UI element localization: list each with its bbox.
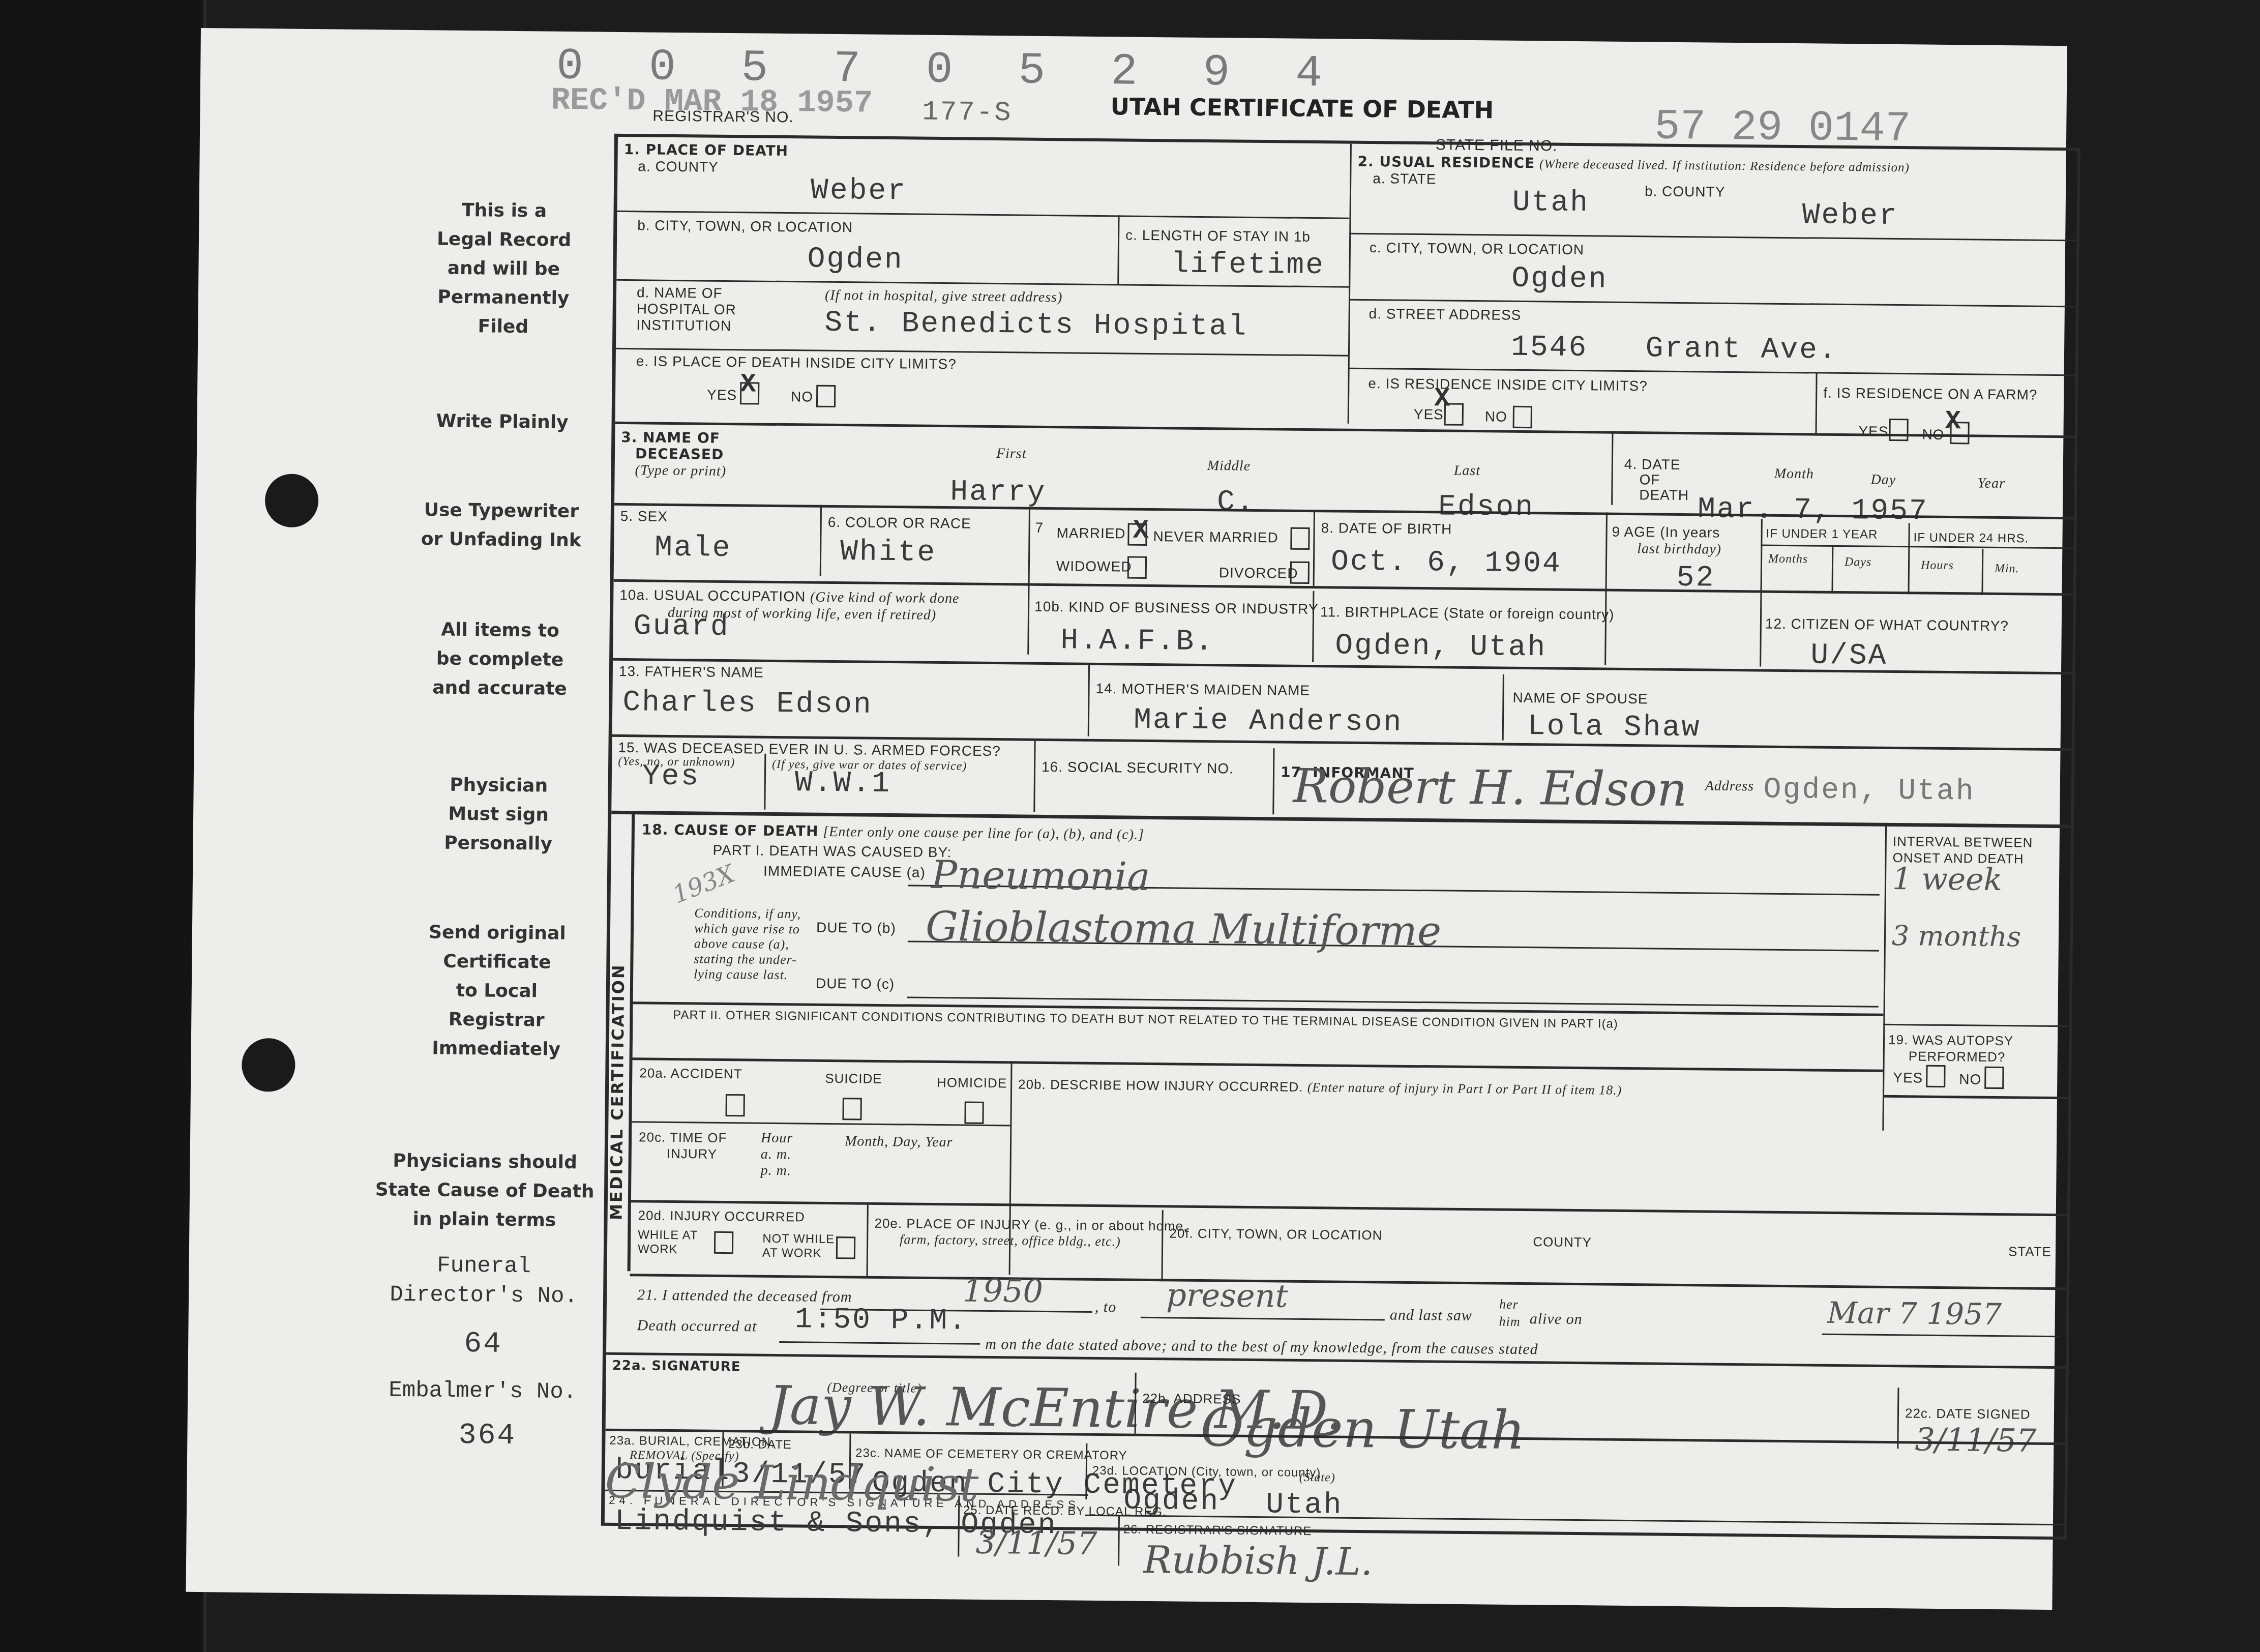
section-hint: (Where deceased lived. If institution: R… bbox=[1539, 157, 1910, 174]
divider bbox=[1027, 507, 1030, 655]
label-line: 3. NAME OF bbox=[621, 429, 720, 447]
margin-note-legal-record: This is a Legal Record and will be Perma… bbox=[411, 195, 596, 342]
document-title: UTAH CERTIFICATE OF DEATH bbox=[1110, 93, 1494, 124]
label-line: 22a. SIGNATURE bbox=[612, 1358, 741, 1374]
label-line: PERFORMED? bbox=[1909, 1048, 2014, 1065]
while-at-work-checkbox[interactable] bbox=[714, 1231, 733, 1254]
certificate-paper: 0 0 5 7 0 5 2 9 4 REC'D MAR 18 1957 REGI… bbox=[186, 28, 2067, 1610]
note-line: Certificate bbox=[405, 947, 589, 977]
not-while-at-work-label: NOT WHILE AT WORK bbox=[762, 1232, 835, 1261]
note-line: and will be bbox=[412, 253, 596, 284]
pod-no-label: NO bbox=[791, 389, 813, 405]
injury-occurred-label: 20d. INJURY OCCURRED bbox=[638, 1207, 805, 1225]
note-line: Filed bbox=[411, 311, 595, 342]
label-line: 20c. TIME OF bbox=[639, 1129, 727, 1146]
place-of-injury-label: 20e. PLACE OF INJURY (e. g., in or about… bbox=[874, 1215, 1187, 1251]
note-line: Immediately bbox=[404, 1034, 588, 1064]
funeral-director-no-label: Funeral Director's No. bbox=[362, 1250, 606, 1312]
label-hint: (Enter nature of injury in Part I or Par… bbox=[1307, 1080, 1622, 1098]
label-line: a. m. bbox=[761, 1146, 793, 1163]
alive-on-label: alive on bbox=[1530, 1310, 1583, 1328]
punch-hole bbox=[265, 474, 319, 527]
age-label: 9 AGE (In years last birthday) bbox=[1612, 524, 1721, 558]
accident-label: 20a. ACCIDENT bbox=[639, 1065, 742, 1082]
residence-section: 2. USUAL RESIDENCE (Where deceased lived… bbox=[1357, 153, 1910, 175]
binder-edge bbox=[0, 0, 206, 1652]
divider bbox=[1883, 1095, 2068, 1100]
informant-signature: Robert H. Edson bbox=[1293, 759, 1687, 817]
month-day-year-label: Month, Day, Year bbox=[845, 1133, 953, 1150]
months-label: Months bbox=[1768, 552, 1808, 567]
note-line: Must sign bbox=[407, 799, 590, 830]
divider bbox=[1883, 1024, 2069, 1027]
due-to-c-label: DUE TO (c) bbox=[816, 976, 895, 992]
res-city-value: Ogden bbox=[1511, 262, 1608, 297]
note-line: Write Plainly bbox=[410, 406, 594, 437]
divider bbox=[1882, 825, 1887, 1131]
not-while-at-work-checkbox[interactable] bbox=[836, 1236, 855, 1259]
label-line: HOSPITAL OR bbox=[637, 301, 736, 318]
res-state-label: a. STATE bbox=[1373, 170, 1437, 187]
label-line: 18. CAUSE OF DEATH bbox=[642, 821, 819, 839]
label-line: him bbox=[1499, 1313, 1521, 1331]
note-line: or Unfading Ink bbox=[399, 524, 603, 555]
birthplace-label: 11. BIRTHPLACE (State or foreign country… bbox=[1320, 604, 1615, 623]
label-line: OF bbox=[1639, 472, 1689, 488]
armed-forces-value: Yes bbox=[642, 760, 700, 793]
spouse-value: Lola Shaw bbox=[1528, 710, 1701, 745]
divider bbox=[1348, 144, 1352, 424]
divider bbox=[1816, 372, 1818, 433]
date-recd-label: 25. DATE RECD. BY LOCAL REG. bbox=[963, 1503, 1167, 1520]
mother-label: 14. MOTHER'S MAIDEN NAME bbox=[1095, 681, 1310, 699]
divider bbox=[1033, 741, 1035, 812]
label-line: 4. DATE bbox=[1624, 457, 1689, 473]
section-label: 1. PLACE OF DEATH bbox=[624, 141, 789, 159]
injury-city-label: 20f. CITY, TOWN, OR LOCATION bbox=[1169, 1225, 1382, 1243]
res-city-label: c. CITY, TOWN, OR LOCATION bbox=[1370, 240, 1584, 258]
informant-address-label: Address bbox=[1705, 778, 1754, 794]
res-street-value: 1546 Grant Ave. bbox=[1511, 331, 1838, 367]
divider bbox=[867, 1205, 869, 1276]
note-line: State Cause of Death bbox=[363, 1175, 607, 1206]
attended-label: 21. I attended the deceased from bbox=[637, 1286, 852, 1306]
race-value: White bbox=[840, 536, 937, 570]
margin-note-send-original: Send original Certificate to Local Regis… bbox=[404, 918, 589, 1064]
label-line: WORK bbox=[638, 1242, 698, 1257]
date-of-death-value: Mar. 7, 1957 bbox=[1698, 493, 1928, 528]
res-farm-label: f. IS RESIDENCE ON A FARM? bbox=[1823, 385, 2038, 403]
note-line: and accurate bbox=[408, 673, 591, 703]
label-line: 20b. DESCRIBE HOW INJURY OCCURRED. bbox=[1018, 1077, 1303, 1095]
autopsy-no-checkbox[interactable] bbox=[1984, 1067, 2004, 1089]
label-line: DECEASED bbox=[635, 445, 724, 463]
divider bbox=[1312, 591, 1314, 662]
widowed-checkbox[interactable] bbox=[1127, 556, 1147, 579]
pod-hospital-value: St. Benedicts Hospital bbox=[824, 307, 1247, 344]
margin-note-physician-sign: Physician Must sign Personally bbox=[406, 770, 590, 859]
never-married-checkbox[interactable] bbox=[1290, 527, 1310, 550]
pod-hospital-hint: (If not in hospital, give street address… bbox=[825, 287, 1063, 306]
min-label: Min. bbox=[1995, 562, 2019, 576]
label-line: 10a. USUAL OCCUPATION bbox=[619, 587, 806, 605]
injury-county-label: COUNTY bbox=[1533, 1234, 1592, 1250]
hint-line: which gave rise to bbox=[694, 921, 801, 937]
pod-county-label: a. COUNTY bbox=[638, 158, 719, 175]
hint-line: Conditions, if any, bbox=[694, 905, 801, 922]
name-label: 3. NAME OF DECEASED (Type or print) bbox=[621, 429, 727, 480]
hour-label: Hour a. m. p. m. bbox=[760, 1130, 793, 1179]
immediate-cause-value: Pneumonia bbox=[931, 852, 1150, 899]
time-of-injury-label: 20c. TIME OF INJURY bbox=[639, 1129, 727, 1162]
title-main: CERTIFICATE OF DEATH bbox=[1190, 94, 1494, 124]
label-line: INTERVAL BETWEEN bbox=[1893, 833, 2033, 851]
label-hint: [Enter only one cause per line for (a), … bbox=[823, 824, 1144, 843]
marital-never-label: NEVER MARRIED bbox=[1153, 528, 1278, 546]
divider bbox=[631, 1121, 1010, 1126]
registrar-signature: Rubbish J.L. bbox=[1143, 1538, 1373, 1584]
autopsy-label: 19. WAS AUTOPSY PERFORMED? bbox=[1888, 1031, 2014, 1065]
middle-name-label: Middle bbox=[1207, 458, 1251, 475]
mother-value: Marie Anderson bbox=[1134, 704, 1403, 740]
suicide-label: SUICIDE bbox=[825, 1071, 882, 1087]
registrar-no-value: 177-S bbox=[922, 97, 1013, 129]
label-line: 19. WAS AUTOPSY bbox=[1888, 1031, 2013, 1049]
citizen-value: U/SA bbox=[1810, 639, 1888, 672]
under-1-year-label: IF UNDER 1 YEAR bbox=[1766, 527, 1878, 542]
dob-label: 8. DATE OF BIRTH bbox=[1321, 520, 1452, 537]
res-inside-city-no-checkbox[interactable] bbox=[1513, 406, 1532, 428]
first-name-label: First bbox=[996, 446, 1027, 462]
divider bbox=[632, 1057, 1883, 1072]
informant-address-value: Ogden, Utah bbox=[1763, 774, 1975, 809]
note-line: Permanently bbox=[412, 282, 596, 313]
note-line: Registrar bbox=[405, 1005, 588, 1035]
autopsy-yes-label: YES bbox=[1893, 1070, 1923, 1086]
divider bbox=[1313, 510, 1315, 586]
res-inside-city-label: e. IS RESIDENCE INSIDE CITY LIMITS? bbox=[1368, 375, 1648, 394]
cause-of-death-label: 18. CAUSE OF DEATH [Enter only one cause… bbox=[642, 821, 1144, 843]
ssn-label: 16. SOCIAL SECURITY NO. bbox=[1042, 759, 1234, 777]
farm-yes-label: YES bbox=[1858, 423, 1888, 440]
label-line: 11. BIRTHPLACE (State or foreign country… bbox=[1320, 604, 1615, 623]
note-line: Legal Record bbox=[412, 224, 596, 255]
date-of-death-label: 4. DATE OF DEATH bbox=[1624, 457, 1689, 503]
describe-injury-label: 20b. DESCRIBE HOW INJURY OCCURRED. (Ente… bbox=[1018, 1077, 1622, 1098]
note-line: This is a bbox=[412, 195, 596, 226]
attended-from-value: 1950 bbox=[963, 1272, 1043, 1310]
title-prefix: UTAH bbox=[1110, 93, 1181, 121]
divider bbox=[1832, 546, 1834, 592]
father-label: 13. FATHER'S NAME bbox=[619, 663, 764, 681]
margin-note-write-plainly: Write Plainly bbox=[410, 406, 594, 437]
injury-state-label: STATE bbox=[2008, 1244, 2051, 1260]
last-seen-line bbox=[1822, 1334, 2061, 1338]
occupation-value: Guard bbox=[633, 610, 730, 644]
funeral-director-signature: Clyde Lindquist bbox=[605, 1454, 979, 1512]
pod-inside-city-label: e. IS PLACE OF DEATH INSIDE CITY LIMITS? bbox=[636, 353, 957, 372]
location-state-label: (State) bbox=[1299, 1471, 1335, 1485]
due-to-b-label: DUE TO (b) bbox=[816, 920, 896, 937]
race-label: 6. COLOR OR RACE bbox=[828, 514, 971, 532]
pod-hospital-label: d. NAME OF HOSPITAL OR INSTITUTION bbox=[636, 284, 736, 334]
label-line: d. NAME OF bbox=[637, 284, 736, 302]
note-line: Use Typewriter bbox=[400, 495, 604, 526]
label-line: p. m. bbox=[760, 1163, 792, 1179]
physician-address-value: Ogden Utah bbox=[1200, 1396, 1526, 1461]
margin-note-complete: All items to be complete and accurate bbox=[408, 615, 592, 703]
label-line: her bbox=[1499, 1296, 1521, 1313]
her-him-label: her him bbox=[1499, 1296, 1521, 1331]
middle-name-value: C. bbox=[1217, 486, 1256, 519]
to-label: , to bbox=[1095, 1299, 1117, 1316]
label-line: (Type or print) bbox=[635, 462, 727, 479]
while-at-work-label: WHILE AT WORK bbox=[638, 1228, 698, 1257]
certificate-form: 1. PLACE OF DEATH a. COUNTY Weber b. CIT… bbox=[601, 134, 2080, 1540]
sex-label: 5. SEX bbox=[620, 508, 668, 525]
funeral-director-no-value: 64 bbox=[432, 1327, 534, 1361]
accident-checkbox[interactable] bbox=[726, 1094, 745, 1116]
pod-stay-value: lifetime bbox=[1171, 248, 1325, 282]
note-line: Send original bbox=[406, 918, 589, 948]
marital-widowed-label: WIDOWED bbox=[1056, 558, 1132, 575]
divider bbox=[764, 754, 766, 810]
year-label: Year bbox=[1977, 476, 2005, 492]
label-line: INSTITUTION bbox=[636, 317, 736, 334]
divider bbox=[1897, 1388, 1899, 1449]
label-line: 9 AGE (In years bbox=[1612, 524, 1720, 541]
note-line: All items to bbox=[408, 615, 592, 645]
res-county-label: b. COUNTY bbox=[1645, 183, 1726, 200]
hint-line: above cause (a), bbox=[694, 936, 801, 952]
margin-annotation: 193X bbox=[669, 860, 739, 909]
dob-value: Oct. 6, 1904 bbox=[1331, 545, 1562, 580]
divider bbox=[615, 422, 2075, 438]
note-line: to Local bbox=[405, 976, 589, 1006]
note-line: be complete bbox=[408, 644, 592, 674]
signature-label: 22a. SIGNATURE bbox=[612, 1358, 741, 1374]
interval-b-value: 3 months bbox=[1892, 920, 2021, 953]
pod-yes-label: YES bbox=[707, 387, 737, 404]
label-hint: farm, factory, street, office bldg., etc… bbox=[900, 1231, 1187, 1250]
res-county-value: Weber bbox=[1802, 199, 1898, 233]
place-of-death-section: 1. PLACE OF DEATH bbox=[624, 141, 789, 159]
marital-label: 7 bbox=[1035, 520, 1044, 536]
citizen-label: 12. CITIZEN OF WHAT COUNTRY? bbox=[1765, 616, 2009, 635]
divider bbox=[820, 505, 822, 576]
hint-line: lying cause last. bbox=[694, 966, 800, 983]
father-value: Charles Edson bbox=[622, 686, 873, 722]
industry-label: 10b. KIND OF BUSINESS OR INDUSTRY bbox=[1034, 599, 1319, 617]
autopsy-yes-checkbox[interactable] bbox=[1926, 1065, 1945, 1087]
days-label: Days bbox=[1845, 555, 1872, 570]
punch-hole bbox=[242, 1038, 295, 1092]
industry-value: H.A.F.B. bbox=[1060, 624, 1214, 659]
x-mark-icon: X bbox=[1434, 383, 1450, 414]
res-no-label: NO bbox=[1485, 408, 1507, 425]
divider bbox=[631, 1200, 2067, 1216]
margin-note-plain-terms: Physicians should State Cause of Death i… bbox=[362, 1146, 607, 1235]
fd-label-line: Director's No. bbox=[362, 1280, 606, 1312]
date-signed-label: 22c. DATE SIGNED bbox=[1905, 1405, 2031, 1422]
death-occurred-label: Death occurred at bbox=[637, 1317, 757, 1335]
divider bbox=[1502, 674, 1504, 741]
pod-inside-city-no-checkbox[interactable] bbox=[816, 385, 836, 407]
month-label: Month bbox=[1774, 466, 1814, 483]
under-24-hrs-label: IF UNDER 24 HRS. bbox=[1913, 530, 2029, 546]
suicide-checkbox[interactable] bbox=[842, 1098, 861, 1120]
sex-value: Male bbox=[655, 532, 732, 565]
medical-certification-side-label: MEDICAL CERTIFICATION bbox=[607, 963, 629, 1220]
burial-date-label: 23b. DATE bbox=[728, 1437, 792, 1452]
marital-divorced-label: DIVORCED bbox=[1219, 565, 1298, 581]
label-line: Hour bbox=[761, 1130, 793, 1147]
interval-a-value: 1 week bbox=[1892, 861, 2003, 898]
divider bbox=[1348, 368, 2075, 376]
x-mark-icon: X bbox=[1945, 406, 1961, 436]
embalmer-no-label: Embalmer's No. bbox=[361, 1377, 605, 1405]
birthplace-value: Ogden, Utah bbox=[1335, 629, 1547, 664]
margin-note-typewriter: Use Typewriter or Unfading Ink bbox=[399, 495, 603, 555]
location-label: 23d. LOCATION (City, town, or county) bbox=[1092, 1464, 1321, 1480]
embalmer-no-value: 364 bbox=[431, 1419, 544, 1453]
section-label: 2. USUAL RESIDENCE bbox=[1357, 153, 1535, 171]
day-label: Day bbox=[1870, 472, 1896, 488]
registrar-no-label: REGISTRAR'S NO. bbox=[652, 108, 794, 127]
fd-label-line: Funeral bbox=[362, 1250, 606, 1282]
divider bbox=[1272, 748, 1274, 814]
last-name-value: Edson bbox=[1438, 490, 1535, 524]
divider bbox=[1611, 431, 1613, 505]
res-farm-yes-checkbox[interactable] bbox=[1889, 419, 1908, 441]
res-street-label: d. STREET ADDRESS bbox=[1369, 306, 1522, 323]
note-line: Personally bbox=[406, 828, 590, 859]
autopsy-no-label: NO bbox=[1959, 1071, 1981, 1087]
pod-city-value: Ogden bbox=[807, 243, 904, 277]
last-saw-label: and last saw bbox=[1390, 1307, 1472, 1325]
divider bbox=[1088, 665, 1090, 736]
conditions-hint: Conditions, if any, which gave rise to a… bbox=[694, 905, 801, 983]
date-signed-value: 3/11/57 bbox=[1915, 1421, 2037, 1459]
label-line: INJURY bbox=[667, 1145, 727, 1162]
res-state-value: Utah bbox=[1512, 186, 1590, 220]
x-mark-icon: X bbox=[1133, 516, 1149, 546]
label-line: NOT WHILE bbox=[762, 1232, 835, 1247]
hint-line: stating the under- bbox=[694, 951, 800, 967]
label-line: AT WORK bbox=[762, 1246, 835, 1261]
homicide-checkbox[interactable] bbox=[964, 1102, 984, 1124]
attended-to-line bbox=[1141, 1317, 1385, 1321]
last-name-label: Last bbox=[1454, 463, 1481, 480]
pod-county-value: Weber bbox=[811, 174, 907, 209]
registrar-signature-label: 26. REGISTRAR'S SIGNATURE bbox=[1123, 1523, 1312, 1539]
divider bbox=[1117, 215, 1119, 284]
part1-label: PART I. DEATH WAS CAUSED BY: bbox=[712, 842, 951, 861]
immediate-cause-label: IMMEDIATE CAUSE (a) bbox=[763, 863, 926, 881]
statement-text: m on the date stated above; and to the b… bbox=[985, 1336, 1538, 1358]
death-time-line bbox=[779, 1341, 980, 1345]
label-line: last birthday) bbox=[1637, 541, 1721, 557]
divider bbox=[958, 1495, 960, 1556]
label-line: 23d. LOCATION (City, town, or county) bbox=[1092, 1464, 1321, 1480]
marital-married-label: MARRIED bbox=[1056, 525, 1125, 542]
date-recd-value: 3/11/57 bbox=[975, 1524, 1097, 1562]
spouse-label: NAME OF SPOUSE bbox=[1512, 690, 1648, 707]
pod-stay-label: c. LENGTH OF STAY IN 1b bbox=[1125, 227, 1311, 245]
x-mark-icon: X bbox=[740, 369, 756, 399]
divorced-checkbox[interactable] bbox=[1290, 562, 1310, 584]
label-hint: (Give kind of work done bbox=[810, 589, 960, 607]
label-line: WHILE AT bbox=[638, 1228, 698, 1243]
note-line: Physicians should bbox=[363, 1146, 607, 1177]
war-value: W.W.1 bbox=[794, 766, 891, 801]
divider bbox=[1908, 523, 1910, 594]
last-seen-value: Mar 7 1957 bbox=[1827, 1295, 2002, 1332]
attended-to-value: present bbox=[1166, 1276, 1288, 1314]
due-to-b-value: Glioblastoma Multiforme bbox=[926, 903, 1442, 955]
divider bbox=[630, 1274, 2066, 1290]
divider bbox=[1118, 1515, 1120, 1566]
note-line: Physician bbox=[407, 770, 590, 801]
death-time-value: 1:50 P.M. bbox=[794, 1303, 968, 1338]
first-name-value: Harry bbox=[950, 476, 1047, 510]
divider bbox=[1981, 549, 1983, 595]
label-line: DEATH bbox=[1639, 487, 1689, 503]
homicide-label: HOMICIDE bbox=[937, 1075, 1007, 1091]
note-line: in plain terms bbox=[362, 1204, 607, 1235]
pod-city-label: b. CITY, TOWN, OR LOCATION bbox=[637, 217, 853, 235]
hours-label: Hours bbox=[1921, 559, 1954, 573]
